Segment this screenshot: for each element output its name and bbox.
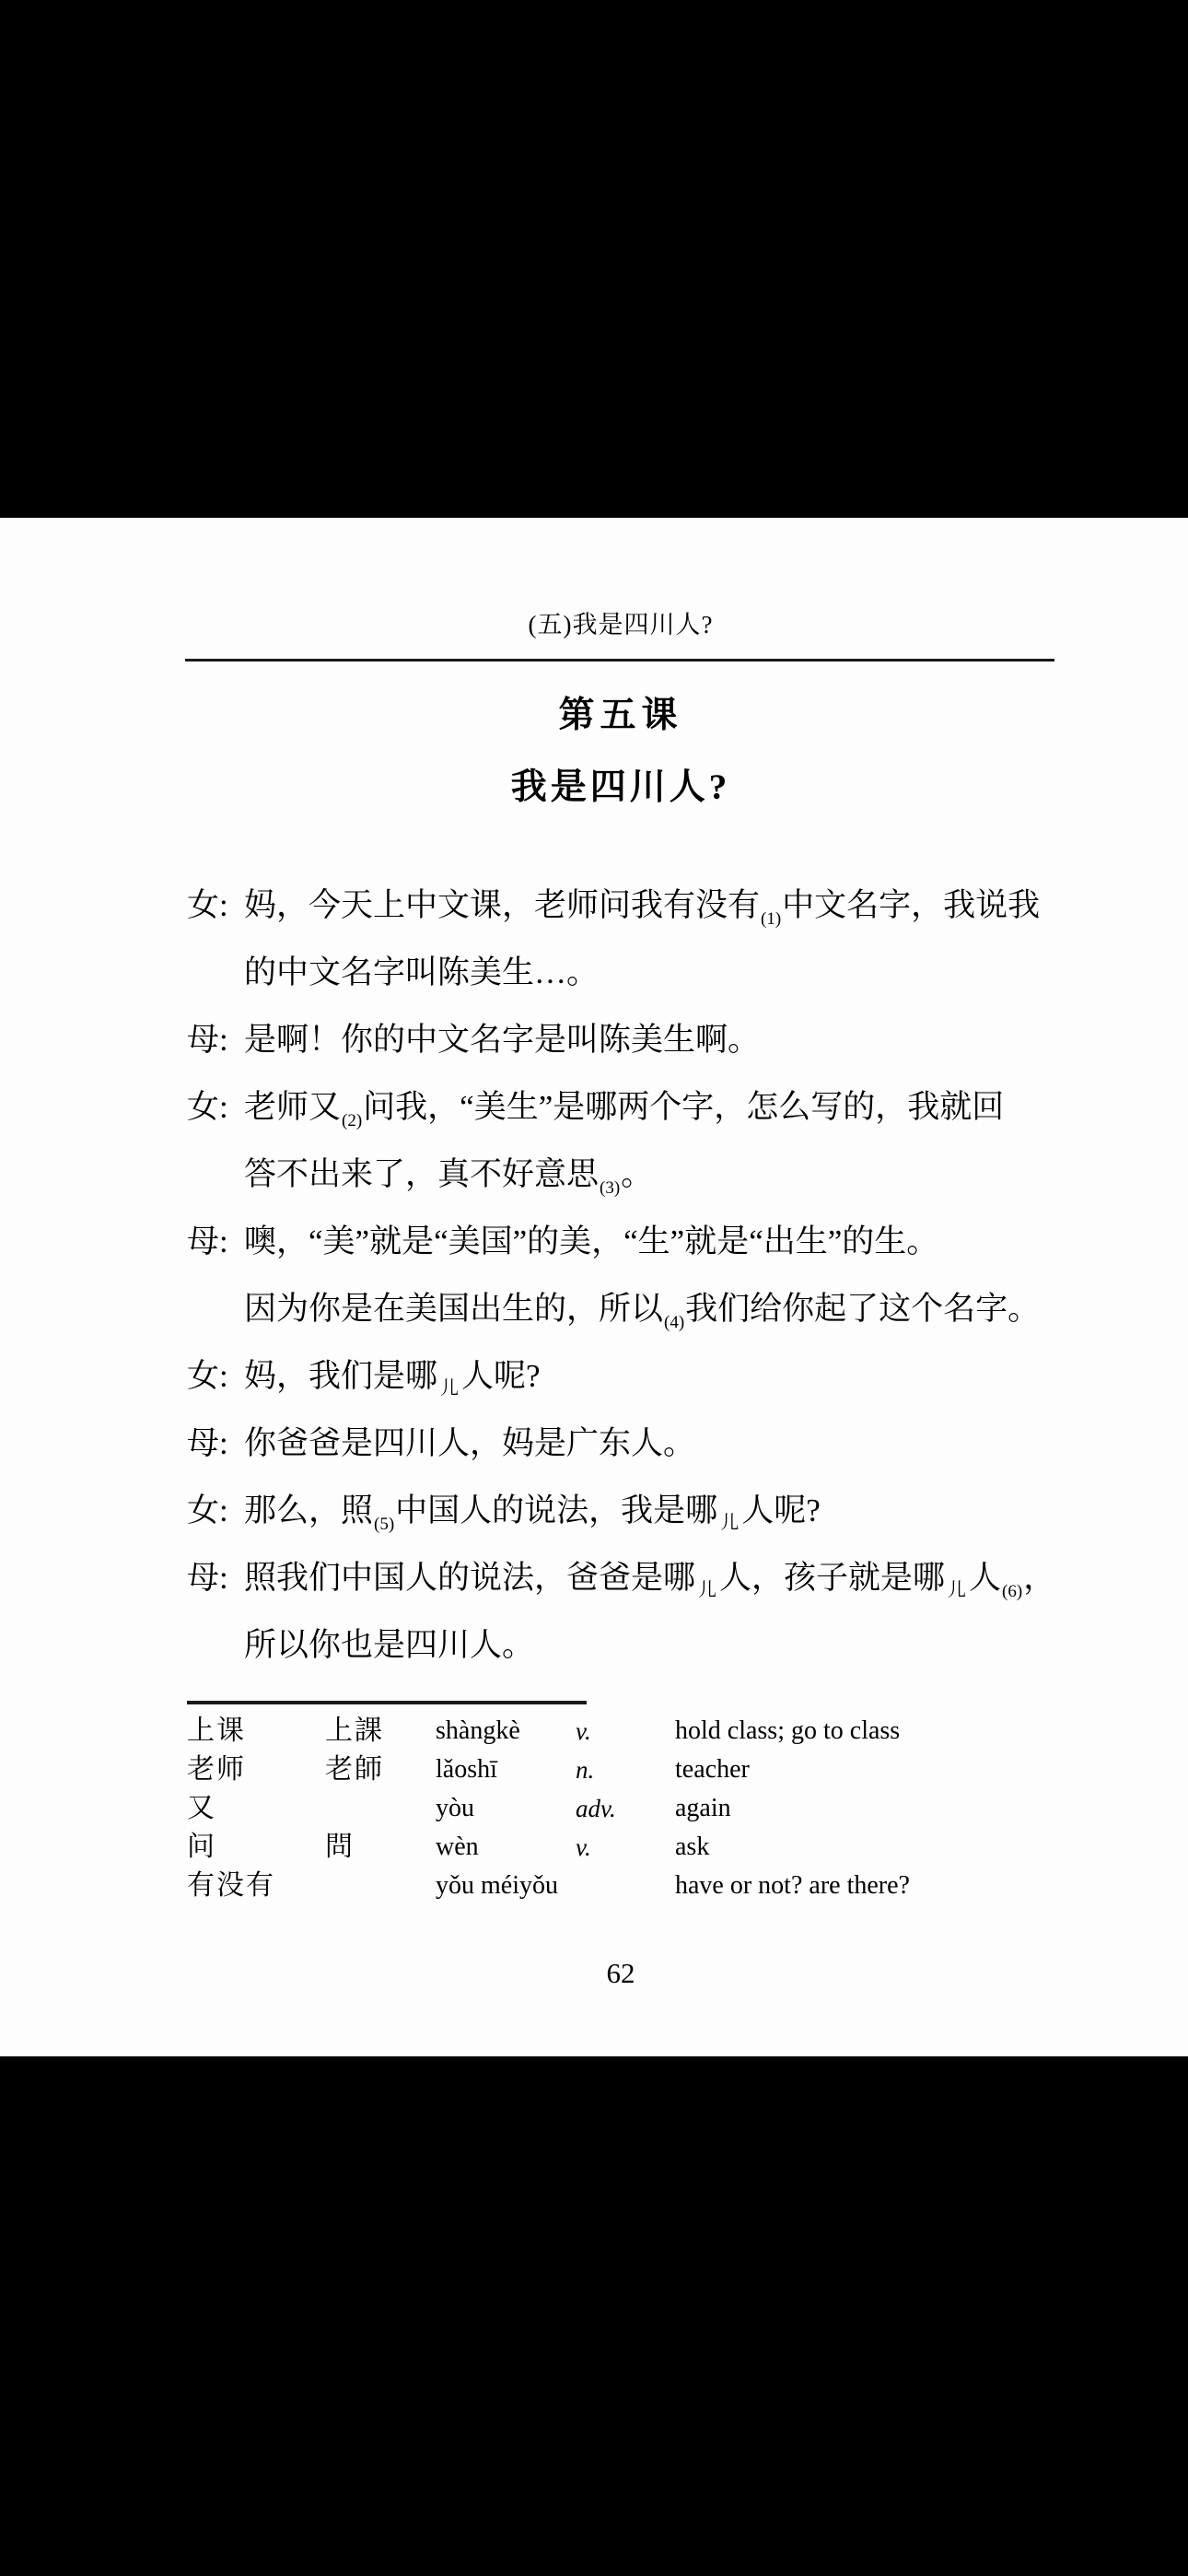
vocab-pinyin: yǒu méiyǒu [436, 1867, 576, 1905]
dialogue-line: 母:是啊！你的中文名字是叫陈美生啊。 [187, 1006, 1071, 1073]
dialogue-line: 女:那么，照(5)中国人的说法，我是哪儿人呢? [187, 1477, 1071, 1544]
vocab-simplified: 问 [187, 1828, 325, 1867]
vocab-part-of-speech: v. [576, 1828, 675, 1867]
dialogue-text-segment: 妈，今天上中文课，老师问我有没有 [244, 887, 760, 923]
dialogue-text-segment: 中文名字，我说我 [782, 887, 1040, 923]
dialogue-text-segment: 你爸爸是四川人，妈是广东人。 [244, 1425, 695, 1461]
vocab-pinyin: yòu [436, 1789, 576, 1828]
vocabulary-divider-rule [187, 1701, 587, 1704]
dialogue-text-segment: 那么，照 [244, 1493, 373, 1528]
speaker-label: 女: [187, 1073, 228, 1141]
dialogue-line: 女:妈，我们是哪儿人呢? [187, 1342, 1071, 1410]
vocab-pinyin: shàngkè [436, 1712, 576, 1751]
dialogue-text-segment: 的中文名字叫陈美生…。 [244, 954, 599, 990]
vocab-pinyin: wèn [436, 1828, 576, 1867]
letterbox-bottom [0, 2056, 1188, 2576]
running-header: (五)我是四川人? [187, 610, 1054, 639]
dialogue-line: 母:噢，“美”就是“美国”的美，“生”就是“出生”的生。 [187, 1208, 1071, 1275]
vocab-part-of-speech: n. [576, 1751, 675, 1789]
speaker-label: 母: [187, 1410, 228, 1477]
dialogue-text-segment: 。 [621, 1156, 653, 1192]
speaker-label: 女: [187, 1342, 228, 1410]
dialogue-text-segment: ， [1023, 1560, 1055, 1596]
footnote-reference: (5) [374, 1515, 394, 1534]
dialogue-text-segment: 因为你是在美国出生的，所以 [244, 1291, 663, 1327]
dialogue-text-segment: 问我，“美生”是哪两个字，怎么写的，我就回 [363, 1089, 1004, 1125]
dialogue-line: 答不出来了，真不好意思(3)。 [187, 1141, 1071, 1208]
vocab-part-of-speech: adv. [576, 1789, 675, 1828]
dialogue-text-segment: 照我们中国人的说法，爸爸是哪 [244, 1560, 695, 1596]
footnote-reference: (2) [342, 1111, 362, 1130]
page-number: 62 [187, 1957, 1054, 1990]
dialogue-line: 的中文名字叫陈美生…。 [187, 939, 1071, 1006]
lesson-subtitle: 我是四川人? [187, 767, 1054, 809]
dialogue-line: 女:老师又(2)问我，“美生”是哪两个字，怎么写的，我就回 [187, 1073, 1071, 1141]
footnote-reference: (4) [664, 1313, 684, 1332]
erhua-suffix: 儿 [698, 1580, 716, 1600]
footnote-reference: (3) [600, 1178, 620, 1198]
dialogue-line: 所以你也是四川人。 [187, 1611, 1071, 1679]
dialogue-text-segment: 噢，“美”就是“美国”的美，“生”就是“出生”的生。 [244, 1224, 938, 1259]
dialogue-text-segment: 是啊！你的中文名字是叫陈美生啊。 [244, 1022, 760, 1058]
dialogue: 女:妈，今天上中文课，老师问我有没有(1)中文名字，我说我的中文名字叫陈美生…。… [187, 872, 1071, 1679]
scanned-textbook-page: (五)我是四川人? 第五课 我是四川人? 女:妈，今天上中文课，老师问我有没有(… [0, 518, 1188, 2056]
dialogue-text-segment: 人，孩子就是哪 [719, 1560, 945, 1596]
erhua-suffix: 儿 [948, 1580, 966, 1600]
erhua-suffix: 儿 [720, 1513, 739, 1533]
header-rule-divider [185, 659, 1054, 662]
speaker-label: 女: [187, 1477, 228, 1544]
dialogue-text-segment: 答不出来了，真不好意思 [244, 1156, 599, 1192]
vocab-simplified: 上课 [187, 1712, 325, 1751]
vocabulary-table: 上课上課shàngkèv.hold class; go to class老师老師… [187, 1712, 1071, 1905]
dialogue-text-segment: 人 [969, 1560, 1001, 1596]
vocab-part-of-speech [576, 1867, 675, 1905]
vocab-meaning: ask [675, 1828, 1071, 1867]
erhua-suffix: 儿 [440, 1378, 459, 1399]
vocab-part-of-speech: v. [576, 1712, 675, 1751]
vocab-meaning: hold class; go to class [675, 1712, 1071, 1751]
dialogue-text-segment: 老师又 [244, 1089, 341, 1125]
speaker-label: 母: [187, 1208, 228, 1275]
dialogue-line: 因为你是在美国出生的，所以(4)我们给你起了这个名字。 [187, 1275, 1071, 1342]
vocab-traditional [325, 1789, 436, 1828]
dialogue-line: 母:照我们中国人的说法，爸爸是哪儿人，孩子就是哪儿人(6)， [187, 1544, 1071, 1611]
vocab-traditional: 上課 [325, 1712, 436, 1751]
letterbox-top [0, 0, 1188, 518]
dialogue-text-segment: 所以你也是四川人。 [244, 1627, 534, 1663]
vocab-pinyin: lǎoshī [436, 1751, 576, 1789]
vocab-meaning: have or not? are there? [675, 1867, 1071, 1905]
vocab-traditional [325, 1867, 436, 1905]
dialogue-text-segment: 我们给你起了这个名字。 [685, 1291, 1040, 1327]
vocab-simplified: 有没有 [187, 1867, 325, 1905]
vocab-meaning: again [675, 1789, 1071, 1828]
speaker-label: 母: [187, 1006, 228, 1073]
dialogue-text-segment: 中国人的说法，我是哪 [395, 1493, 717, 1528]
footnote-reference: (6) [1002, 1582, 1022, 1601]
vocab-traditional: 問 [325, 1828, 436, 1867]
vocab-simplified: 老师 [187, 1751, 325, 1789]
dialogue-text-segment: 人呢? [741, 1493, 821, 1528]
vocab-meaning: teacher [675, 1751, 1071, 1789]
dialogue-line: 女:妈，今天上中文课，老师问我有没有(1)中文名字，我说我 [187, 872, 1071, 939]
vocab-traditional: 老師 [325, 1751, 436, 1789]
speaker-label: 女: [187, 872, 228, 939]
dialogue-line: 母:你爸爸是四川人，妈是广东人。 [187, 1410, 1071, 1477]
dialogue-text-segment: 妈，我们是哪 [244, 1358, 437, 1394]
lesson-title: 第五课 [187, 695, 1054, 737]
vocab-simplified: 又 [187, 1789, 325, 1828]
footnote-reference: (1) [761, 909, 781, 929]
speaker-label: 母: [187, 1544, 228, 1611]
dialogue-text-segment: 人呢? [461, 1358, 541, 1394]
